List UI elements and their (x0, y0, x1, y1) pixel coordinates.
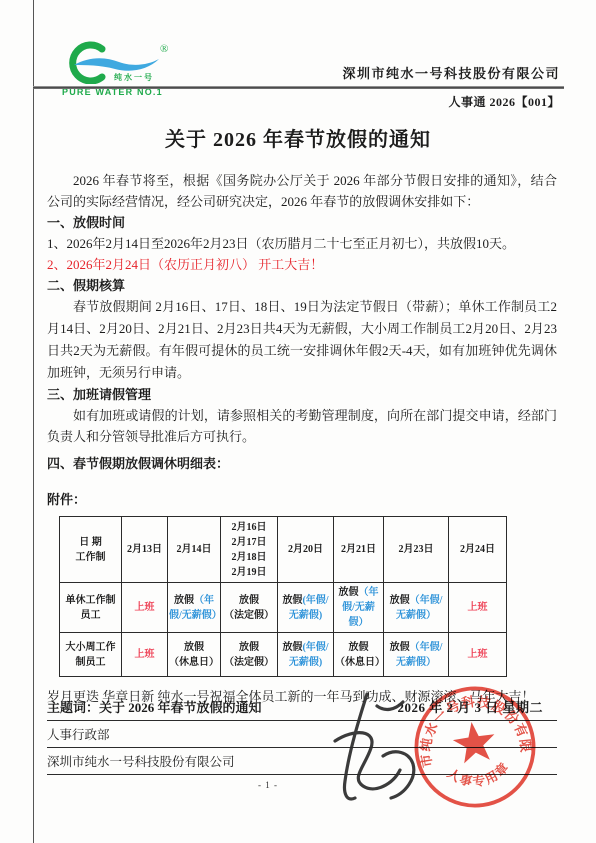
row-label: 单休工作制员工 (60, 583, 122, 633)
cell-holiday: 放假（法定假） (221, 633, 278, 677)
document-number: 人事通 2026【001】 (448, 93, 560, 110)
cell-holiday: 放假（年假/无薪假） (168, 583, 221, 633)
cell-work: 上班 (449, 633, 507, 677)
section1-heading: 一、放假时间 (47, 212, 557, 233)
holiday-main: 放假 (222, 640, 276, 655)
header-company-name: 深圳市纯水一号科技股份有限公司 (342, 63, 560, 82)
work-text: 上班 (135, 649, 155, 660)
holiday-note: （休息日） (169, 655, 219, 670)
cell-holiday: 放假（休息日） (168, 633, 221, 677)
col-header-feb24: 2月24日 (449, 517, 507, 583)
holiday-note: （法定假） (222, 655, 276, 670)
header-divider-rule (33, 86, 564, 89)
col-header-feb23: 2月23日 (384, 517, 449, 583)
holiday-main: 放假 (222, 593, 276, 608)
stamp-label-text: 人事专用章 (443, 757, 514, 793)
stamp-star-icon (451, 719, 498, 764)
section2-heading: 二、假期核算 (47, 275, 557, 296)
subject-keywords: 主题词：关于 2026 年春节放假的通知 (47, 697, 262, 716)
section3-heading: 三、加班请假管理 (47, 384, 557, 405)
col-header-feb13: 2月13日 (122, 517, 168, 583)
table-row-single-rest: 单休工作制员工 上班 放假（年假/无薪假） 放假（法定假） 放假(年假/无薪假)… (60, 583, 507, 633)
holiday-main: 放假 (174, 595, 194, 606)
holiday-main: 放假 (169, 640, 219, 655)
notice-document-page: ® 纯水一号 PURE WATER NO.1 深圳市纯水一号科技股份有限公司 人… (0, 0, 596, 843)
cell-holiday: 放假（休息日） (334, 633, 384, 677)
holiday-main: 放假 (390, 642, 410, 653)
logo-registered-mark: ® (160, 43, 168, 55)
cell-holiday: 放假(年假/无薪假) (278, 633, 334, 677)
section3-paragraph: 如有加班或请假的计划，请参照相关的考勤管理制度，向所在部门提交申请，经部门负责人… (47, 405, 557, 447)
svg-text:人事专用章: 人事专用章 (443, 757, 514, 793)
work-text: 上班 (468, 602, 488, 613)
work-text: 上班 (135, 602, 155, 613)
col-header-feb21: 2月21日 (334, 517, 384, 583)
intro-paragraph: 2026 年春节将至，根据《国务院办公厅关于 2026 年部分节假日安排的通知》… (47, 170, 557, 212)
holiday-main: 放假 (282, 595, 302, 606)
table-header-row: 日 期 工作制 2月13日 2月14日 2月16日 2月17日 2月18日 2月… (60, 517, 507, 583)
section4-heading: 四、春节假期放假调休明细表： (47, 453, 557, 474)
pure-water-logo-mark: ® 纯水一号 (56, 40, 184, 84)
col-header-date-worktype: 日 期 工作制 (60, 517, 122, 583)
section2-paragraph: 春节放假期间 2月16日、17日、18日、19日为法定节假日（带薪）；单休工作制… (47, 296, 557, 384)
logo-brand-cn: 纯水一号 (114, 72, 154, 82)
page-title: 关于 2026 年春节放假的通知 (0, 123, 596, 152)
row-label: 大小周工作制员工 (60, 633, 122, 677)
section1-item2-red: 2、2026年2月24日（农历正月初八） 开工大吉！ (47, 254, 557, 275)
logo-wave-icon (74, 58, 159, 70)
cell-work: 上班 (449, 583, 507, 633)
section1-item1: 1、2026年2月14日至2026年2月23日（农历腊月二十七至正月初七），共放… (47, 233, 557, 254)
cell-holiday: 放假（年假/无薪假） (384, 583, 449, 633)
holiday-schedule-table: 日 期 工作制 2月13日 2月14日 2月16日 2月17日 2月18日 2月… (59, 516, 507, 677)
cell-work: 上班 (122, 583, 168, 633)
notice-body: 2026 年春节将至，根据《国务院办公厅关于 2026 年部分节假日安排的通知》… (47, 170, 557, 707)
cell-holiday: 放假（法定假） (221, 583, 278, 633)
holiday-main: 放假 (335, 640, 382, 655)
work-text: 上班 (468, 649, 488, 660)
holiday-note: （法定假） (222, 608, 276, 623)
col-header-feb16-19: 2月16日 2月17日 2月18日 2月19日 (221, 517, 278, 583)
company-seal-stamp: 深圳市纯水一号科技股份有限公司 人事专用章 (404, 676, 546, 818)
col-header-feb20: 2月20日 (278, 517, 334, 583)
page-number: - 1 - (218, 780, 318, 790)
attachment-label: 附件： (47, 489, 557, 510)
cell-work: 上班 (122, 633, 168, 677)
holiday-note: （休息日） (335, 655, 382, 670)
holiday-main: 放假 (390, 595, 410, 606)
cell-holiday: 放假（年假/无薪假） (334, 583, 384, 633)
holiday-main: 放假 (339, 587, 359, 598)
cell-holiday: 放假(年假/无薪假) (278, 583, 334, 633)
table-row-alternate-week: 大小周工作制员工 上班 放假（休息日） 放假（法定假） 放假(年假/无薪假) 放… (60, 633, 507, 677)
col-header-feb14: 2月14日 (168, 517, 221, 583)
cell-holiday: 放假（年假/无薪假） (384, 633, 449, 677)
holiday-main: 放假 (282, 642, 302, 653)
